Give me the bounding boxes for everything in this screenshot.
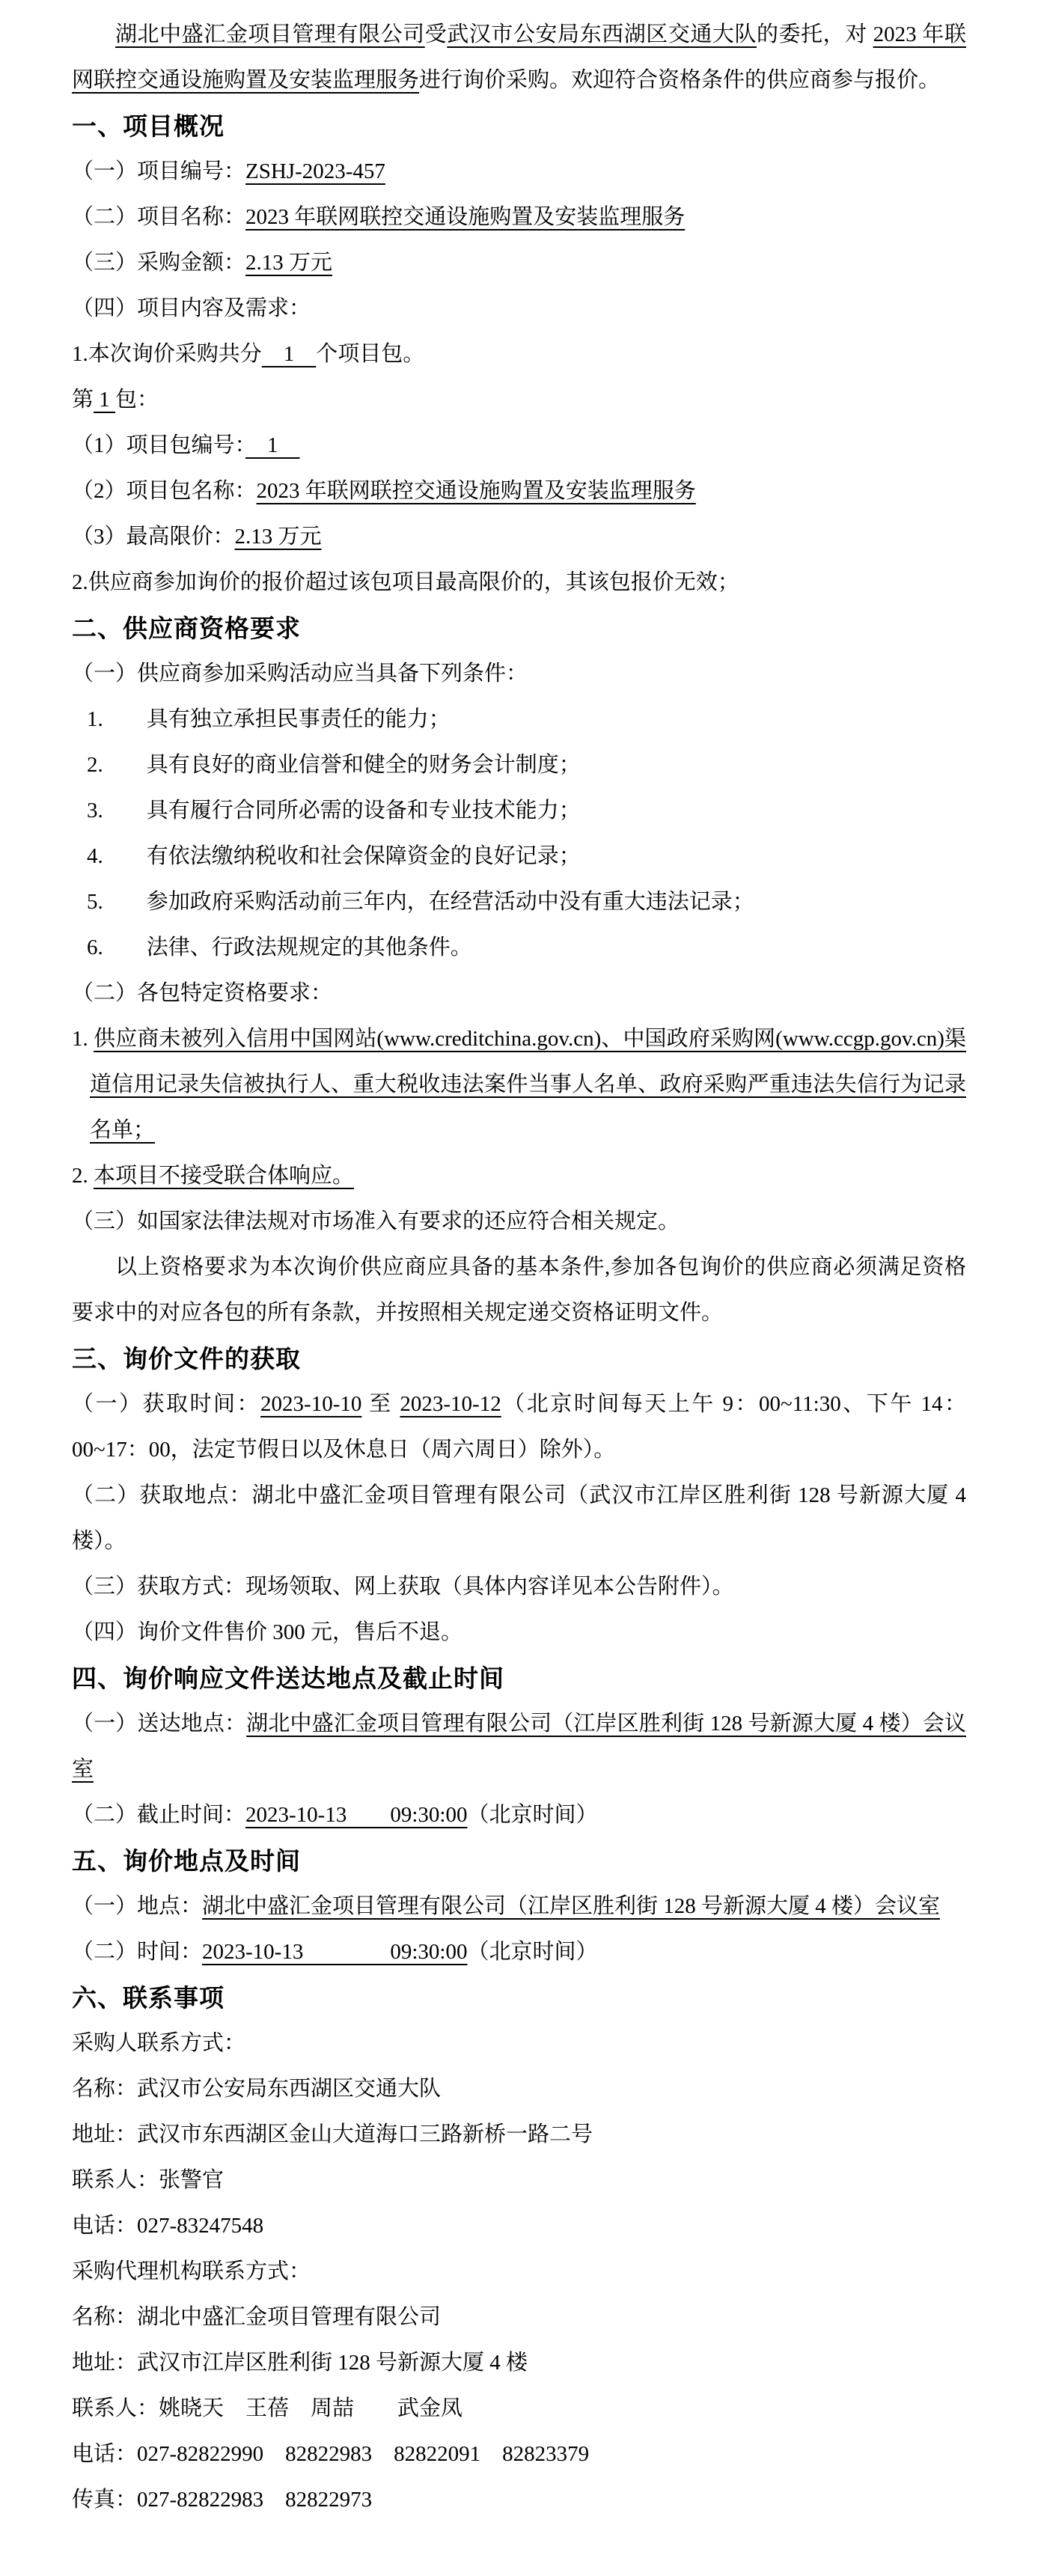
text-run: 以上资格要求为本次询价供应商应具备的基本条件,参加各包询价的供应商必须满足资格要… (72, 1255, 966, 1325)
text-run: （三）获取方式：现场领取、网上获取（具体内容详见本公告附件）。 (72, 1575, 734, 1599)
text-run: 受 (425, 22, 448, 46)
text-run: 六、联系事项 (72, 1984, 225, 2012)
paragraph: 4. 有依法缴纳税收和社会保障资金的良好记录； (72, 834, 966, 879)
underlined-text: 供应商未被列入信用中国网站(www.creditchina.gov.cn)、中国… (90, 1027, 966, 1142)
text-run: 名称：武汉市公安局东西湖区交通大队 (72, 2077, 441, 2101)
paragraph: （二）获取地点：湖北中盛汇金项目管理有限公司（武汉市江岸区胜利街 128 号新源… (72, 1473, 966, 1564)
text-run: （2）项目包名称： (72, 479, 257, 503)
text-run: 第 (72, 388, 94, 412)
text-run: 五、询价地点及时间 (72, 1847, 301, 1875)
text-run: 2.供应商参加询价的报价超过该包项目最高限价的，其该包报价无效； (72, 570, 739, 594)
text-run: 进行询价采购。欢迎符合资格条件的供应商参与报价。 (419, 68, 940, 92)
paragraph: （一）供应商参加采购活动应当具备下列条件： (72, 651, 966, 697)
text-run: 5. 参加政府采购活动前三年内，在经营活动中没有重大违法记录； (87, 890, 754, 914)
text-run: 四、询价响应文件送达地点及截止时间 (72, 1664, 504, 1692)
paragraph: 地址：武汉市江岸区胜利街 128 号新源大厦 4 楼 (72, 2340, 966, 2386)
underlined-text: 武汉市公安局东西湖区交通大队 (447, 22, 757, 46)
underlined-text: 1 (245, 433, 300, 457)
paragraph: 采购人联系方式： (72, 2021, 966, 2066)
text-run: 1. 具有独立承担民事责任的能力； (87, 707, 451, 731)
text-run: （一）送达地点： (72, 1712, 246, 1736)
text-run: 4. 有依法缴纳税收和社会保障资金的良好记录； (87, 844, 581, 868)
underlined-text: 湖北中盛汇金项目管理有限公司 (115, 22, 425, 46)
paragraph: 2.供应商参加询价的报价超过该包项目最高限价的，其该包报价无效； (72, 560, 966, 605)
paragraph: （三）如国家法律法规对市场准入有要求的还应符合相关规定。 (72, 1199, 966, 1245)
text-run: 1.本次询价采购共分 (72, 342, 262, 366)
text-run: 传真：027-82822983 82822973 (72, 2488, 372, 2512)
paragraph: 地址：武汉市东西湖区金山大道海口三路新桥一路二号 (72, 2112, 966, 2158)
text-run: 三、询价文件的获取 (72, 1345, 301, 1373)
text-run: 一、项目概况 (72, 112, 225, 140)
underlined-text: 1 (262, 342, 317, 366)
text-run: （二）获取地点：湖北中盛汇金项目管理有限公司（武汉市江岸区胜利街 128 号新源… (72, 1483, 966, 1553)
text-run: 至 (361, 1392, 400, 1416)
paragraph: （二）项目名称：2023 年联网联控交通设施购置及安装监理服务 (72, 195, 966, 240)
text-run: （一）地点： (72, 1894, 202, 1918)
text-run: （三）如国家法律法规对市场准入有要求的还应符合相关规定。 (72, 1209, 680, 1233)
text-run: （一）供应商参加采购活动应当具备下列条件： (72, 662, 528, 686)
underlined-text: ZSHJ-2023-457 (245, 159, 385, 183)
text-run: 采购人联系方式： (72, 2031, 245, 2055)
paragraph: （二）各包特定资格要求： (72, 971, 966, 1016)
paragraph: 名称：湖北中盛汇金项目管理有限公司 (72, 2295, 966, 2340)
text-run: （北京时间） (467, 1940, 597, 1964)
paragraph: 第 1 包： (72, 377, 966, 423)
text-run: 地址：武汉市江岸区胜利街 128 号新源大厦 4 楼 (72, 2351, 528, 2375)
paragraph: 3. 具有履行合同所必需的设备和专业技术能力； (72, 788, 966, 834)
text-run: 2. (72, 1164, 94, 1188)
paragraph: （一）项目编号：ZSHJ-2023-457 (72, 149, 966, 195)
underlined-text: 2.13 万元 (245, 251, 332, 275)
paragraph: 1.本次询价采购共分 1 个项目包。 (72, 332, 966, 377)
section-heading: 四、询价响应文件送达地点及截止时间 (72, 1655, 966, 1701)
text-run: 1. (72, 1027, 94, 1051)
text-run: 3. 具有履行合同所必需的设备和专业技术能力； (87, 799, 581, 822)
paragraph: （一）送达地点：湖北中盛汇金项目管理有限公司（江岸区胜利街 128 号新源大厦 … (72, 1701, 966, 1792)
text-run: 的委托，对 (757, 22, 873, 46)
text-run: 二、供应商资格要求 (72, 614, 301, 642)
text-run: 采购代理机构联系方式： (72, 2259, 311, 2283)
section-heading: 二、供应商资格要求 (72, 605, 966, 651)
paragraph: 联系人：姚晓天 王蓓 周喆 武金凤 (72, 2386, 966, 2432)
text-run: （一）项目编号： (72, 159, 245, 183)
text-run: 2. 具有良好的商业信誉和健全的财务会计制度； (87, 753, 581, 777)
section-heading: 五、询价地点及时间 (72, 1838, 966, 1884)
paragraph: （一）地点：湖北中盛汇金项目管理有限公司（江岸区胜利街 128 号新源大厦 4 … (72, 1884, 966, 1929)
underlined-text: 2023-10-13 09:30:00 (202, 1940, 467, 1964)
section-heading: 六、联系事项 (72, 1975, 966, 2021)
underlined-text: 1 (94, 388, 115, 412)
text-run: 联系人：张警官 (72, 2168, 224, 2192)
text-run: （1）项目包编号： (72, 433, 245, 457)
text-run: 6. 法律、行政法规规定的其他条件。 (87, 936, 472, 959)
text-run: （3）最高限价： (72, 525, 235, 549)
paragraph: （四）询价文件售价 300 元，售后不退。 (72, 1610, 966, 1655)
text-run: 联系人：姚晓天 王蓓 周喆 武金凤 (72, 2396, 462, 2420)
underlined-text: 本项目不接受联合体响应。 (94, 1164, 354, 1188)
paragraph: （1）项目包编号： 1 (72, 423, 966, 468)
paragraph: （三）采购金额：2.13 万元 (72, 240, 966, 286)
text-run: （三）采购金额： (72, 251, 245, 275)
paragraph: （二）截止时间：2023-10-13 09:30:00（北京时间） (72, 1792, 966, 1838)
text-run: 电话：027-82822990 82822983 82822091 828233… (72, 2442, 589, 2466)
underlined-text: 湖北中盛汇金项目管理有限公司（江岸区胜利街 128 号新源大厦 4 楼）会议室 (202, 1894, 940, 1918)
paragraph: 名称：武汉市公安局东西湖区交通大队 (72, 2066, 966, 2112)
paragraph: （3）最高限价：2.13 万元 (72, 514, 966, 560)
paragraph: 5. 参加政府采购活动前三年内，在经营活动中没有重大违法记录； (72, 879, 966, 925)
paragraph: 电话：027-83247548 (72, 2203, 966, 2249)
text-run: （二）项目名称： (72, 205, 245, 229)
paragraph: 采购代理机构联系方式： (72, 2249, 966, 2295)
paragraph: 6. 法律、行政法规规定的其他条件。 (72, 925, 966, 971)
paragraph: （二）时间：2023-10-13 09:30:00（北京时间） (72, 1929, 966, 1975)
text-run: （北京时间） (467, 1803, 597, 1827)
underlined-text: 2.13 万元 (235, 525, 322, 549)
underlined-text: 2023-10-13 09:30:00 (245, 1803, 467, 1827)
paragraph: （四）项目内容及需求： (72, 286, 966, 332)
text-run: 包： (115, 388, 159, 412)
paragraph: 2. 具有良好的商业信誉和健全的财务会计制度； (72, 742, 966, 788)
document-page: 湖北中盛汇金项目管理有限公司受武汉市公安局东西湖区交通大队的委托，对 2023 … (0, 0, 1038, 2576)
text-run: 个项目包。 (316, 342, 424, 366)
underlined-text: 2023 年联网联控交通设施购置及安装监理服务 (257, 479, 696, 503)
paragraph: 1. 供应商未被列入信用中国网站(www.creditchina.gov.cn)… (72, 1016, 966, 1153)
paragraph: 传真：027-82822983 82822973 (72, 2477, 966, 2523)
paragraph: 1. 具有独立承担民事责任的能力； (72, 697, 966, 742)
paragraph: （一）获取时间：2023-10-10 至 2023-10-12（北京时间每天上午… (72, 1382, 966, 1473)
text-run: （二）时间： (72, 1940, 202, 1964)
paragraph: 2. 本项目不接受联合体响应。 (72, 1153, 966, 1199)
text-run: （一）获取时间： (72, 1392, 260, 1416)
paragraph: 湖北中盛汇金项目管理有限公司受武汉市公安局东西湖区交通大队的委托，对 2023 … (72, 12, 966, 103)
underlined-text: 2023-10-12 (400, 1392, 501, 1416)
paragraph: （三）获取方式：现场领取、网上获取（具体内容详见本公告附件）。 (72, 1564, 966, 1610)
text-run: 地址：武汉市东西湖区金山大道海口三路新桥一路二号 (72, 2122, 593, 2146)
text-run: （四）项目内容及需求： (72, 296, 311, 320)
underlined-text: 2023 年联网联控交通设施购置及安装监理服务 (245, 205, 685, 229)
text-run: （二）截止时间： (72, 1803, 245, 1827)
paragraph: 联系人：张警官 (72, 2158, 966, 2203)
paragraph: 以上资格要求为本次询价供应商应具备的基本条件,参加各包询价的供应商必须满足资格要… (72, 1245, 966, 1336)
document-body: 湖北中盛汇金项目管理有限公司受武汉市公安局东西湖区交通大队的委托，对 2023 … (72, 12, 966, 2523)
text-run: 名称：湖北中盛汇金项目管理有限公司 (72, 2305, 441, 2329)
underlined-text: 2023-10-10 (260, 1392, 361, 1416)
paragraph: 电话：027-82822990 82822983 82822091 828233… (72, 2432, 966, 2477)
text-run: 电话：027-83247548 (72, 2214, 263, 2238)
text-run: （二）各包特定资格要求： (72, 981, 332, 1005)
section-heading: 三、询价文件的获取 (72, 1336, 966, 1382)
text-run: （四）询价文件售价 300 元，售后不退。 (72, 1620, 462, 1644)
section-heading: 一、项目概况 (72, 103, 966, 149)
paragraph: （2）项目包名称：2023 年联网联控交通设施购置及安装监理服务 (72, 468, 966, 514)
